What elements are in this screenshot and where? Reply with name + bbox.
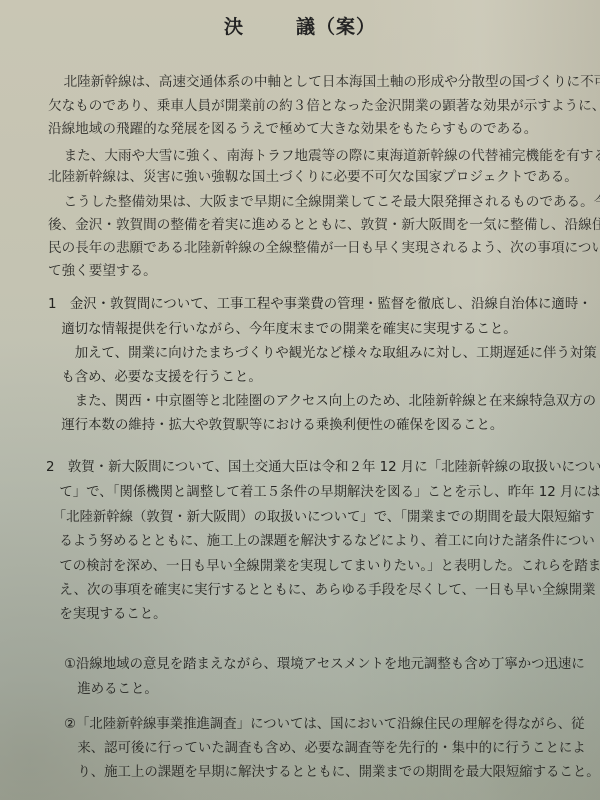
preamble-line: また、大雨や大雪に強く、南海トラフ地震等の際に東海道新幹線の代替補完機能を有する: [50, 147, 600, 165]
preamble-line: 後、金沢・敦賀間の整備を着実に進めるとともに、敦賀・新大阪間を一気に整備し、沿線…: [48, 216, 600, 234]
item1-line: 1 金沢・敦賀間について、工事工程や事業費の管理・監督を徹底し、沿線自治体に適時…: [48, 296, 592, 314]
preamble-line: 沿線地域の飛躍的な発展を図るうえで極めて大きな効果をもたらすものである。: [48, 120, 537, 138]
preamble-line: 北陸新幹線は、高速交通体系の中軸として日本海国土軸の形成や分散型の国づくりに不可: [50, 73, 600, 91]
subitem2-line: ②「北陸新幹線事業推進調査」については、国において沿線住民の理解を得ながら、従: [64, 716, 585, 734]
item2-line: を実現すること。: [46, 606, 167, 624]
preamble-line: 民の長年の悲願である北陸新幹線の全線整備が一日も早く実現されるよう、次の事項につ…: [48, 239, 600, 257]
item2-line: 2 敦賀・新大阪間について、国土交通大臣は令和２年 12 月に「北陸新幹線の取扱…: [46, 459, 600, 477]
preamble-line: こうした整備効果は、大阪まで早期に全線開業してこそ最大限発揮されるものである。今: [50, 193, 600, 211]
subitem1-line: ①沿線地域の意見を踏まえながら、環境アセスメントを地元調整も含め丁寧かつ迅速に: [64, 656, 585, 674]
item1-line: また、関西・中京圏等と北陸圏のアクセス向上のため、北陸新幹線と在来線特急双方の: [48, 393, 596, 411]
item1-line: も含め、必要な支援を行うこと。: [48, 369, 262, 387]
subitem1-line: 進めること。: [64, 681, 158, 699]
preamble-line: 欠なものであり、乗車人員が開業前の約３倍となった金沢開業の顕著な効果が示すように…: [48, 97, 600, 115]
preamble-line: 北陸新幹線は、災害に強い強靱な国土づくりに必要不可欠な国家プロジェクトである。: [48, 168, 578, 186]
item2-line: るよう努めるとともに、施工上の課題を解決するなどにより、着工に向けた諸条件につい: [46, 533, 595, 551]
subitem2-line: り、施工上の課題を早期に解決するとともに、開業までの期間を最大限短縮すること。: [64, 764, 600, 782]
item2-line: 「北陸新幹線（敦賀・新大阪間）の取扱いについて」で、「開業までの期間を最大限短縮…: [46, 509, 594, 527]
item2-line: ての検討を深め、一日も早い全線開業を実現してまいりたい。」と表明した。これらを踏…: [46, 558, 600, 576]
item1-line: 運行本数の維持・拡大や敦賀駅等における乗換利便性の確保を図ること。: [48, 417, 503, 435]
subitem2-line: 来、認可後に行っていた調査も含め、必要な調査等を先行的・集中的に行うことによ: [64, 740, 586, 758]
document-title: 決議（案）: [0, 12, 600, 39]
item1-line: 加えて、開業に向けたまちづくりや観光など様々な取組みに対し、工期遅延に伴う対策: [48, 345, 597, 363]
title-part-2: 議（案）: [296, 16, 376, 38]
item1-line: 適切な情報提供を行いながら、今年度末までの開業を確実に実現すること。: [48, 321, 517, 339]
item2-line: え、次の事項を確実に実行するとともに、あらゆる手段を尽くして、一日も早い全線開業: [46, 582, 596, 600]
preamble-line: て強く要望する。: [48, 262, 157, 280]
title-part-1: 決: [224, 16, 244, 38]
item2-line: て」で、「関係機関と調整して着工５条件の早期解決を図る」ことを示し、昨年 12 …: [46, 484, 600, 502]
